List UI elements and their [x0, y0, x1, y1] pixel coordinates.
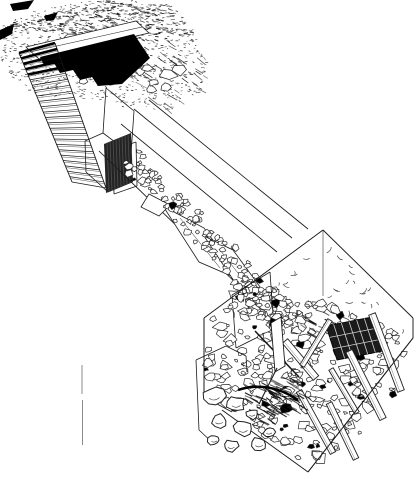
stair-tread	[59, 150, 94, 152]
shaft-doorway-layer	[85, 88, 137, 194]
descending-corridor-layer	[99, 100, 308, 291]
annex-edge	[196, 360, 199, 430]
stair-tread	[41, 103, 76, 106]
boulder	[208, 436, 220, 445]
stair-tread	[54, 139, 89, 140]
stair-tread	[50, 128, 85, 129]
stair-tread	[46, 116, 81, 118]
boulder	[212, 414, 226, 429]
stair-tread	[48, 122, 83, 123]
boulder	[233, 421, 251, 436]
archaeological-cutaway-figure	[0, 0, 415, 482]
boulder	[226, 397, 243, 411]
boulder	[246, 410, 257, 420]
stair-tread	[39, 97, 74, 101]
corridor-rubble-layer	[123, 150, 306, 335]
terrain-dark-patch	[10, 0, 34, 11]
chamber-edge	[323, 230, 413, 318]
stair-tread	[65, 166, 99, 170]
stair-tread	[57, 144, 92, 145]
boulder	[225, 440, 239, 452]
tomb-illustration-svg	[0, 0, 415, 482]
scale-marks-layer	[82, 365, 83, 445]
terrain-dark-patch	[0, 24, 14, 40]
stair-tread	[72, 182, 106, 188]
stair-tread	[37, 91, 72, 96]
stair-tread	[63, 161, 97, 164]
